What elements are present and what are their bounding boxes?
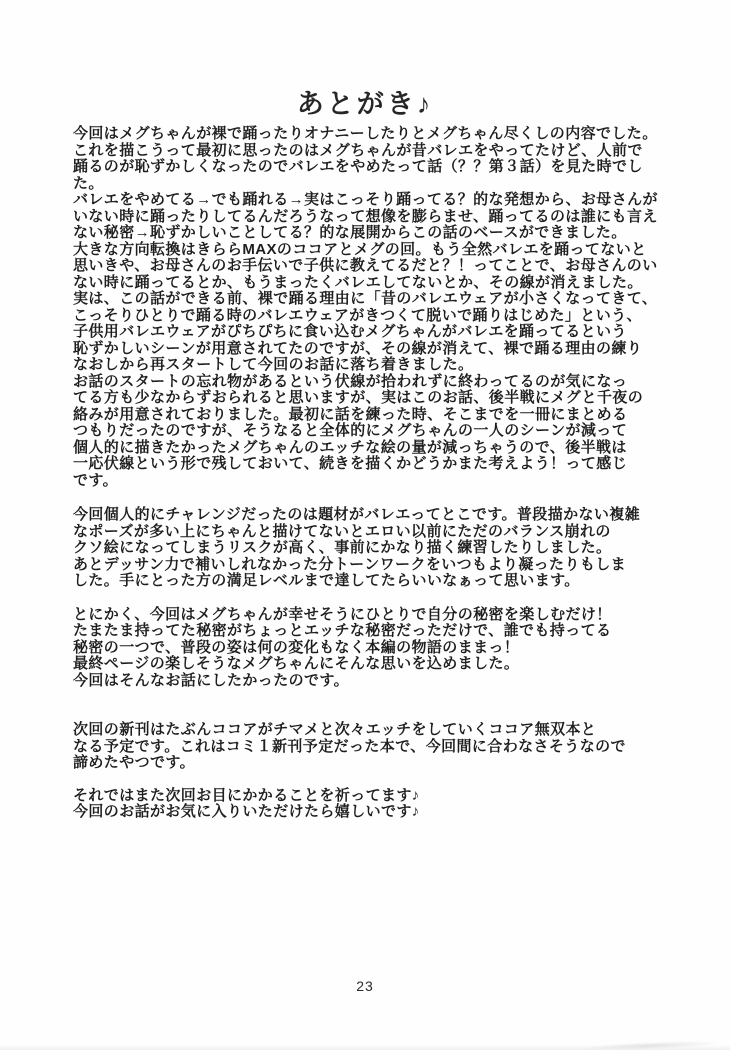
afterword-page: あとがき♪ 今回はメグちゃんが裸で踊ったりオナニーしたりとメグちゃん尽くしの内容…: [0, 0, 730, 1050]
afterword-body: 今回はメグちゃんが裸で踊ったりオナニーしたりとメグちゃん尽くしの内容でした。 こ…: [73, 126, 669, 821]
paragraph-closing: それではまた次回お目にかかることを祈ってます♪ 今回のお話がお気に入りいただけた…: [73, 788, 669, 821]
paragraph-secret-theme: とにかく、今回はメグちゃんが幸せそうにひとりで自分の秘密を楽しむだけ！ たまたま…: [73, 607, 669, 690]
page-number: 23: [0, 978, 730, 994]
afterword-title: あとがき♪: [0, 82, 730, 121]
paragraph-story-origin: 今回はメグちゃんが裸で踊ったりオナニーしたりとメグちゃん尽くしの内容でした。 こ…: [73, 126, 669, 489]
paragraph-ballet-challenge: 今回個人的にチャレンジだったのは題材がバレエってとこです。普段描かない複雑 なポ…: [73, 507, 669, 590]
paragraph-next-book: 次回の新刊はたぶんココアがチマメと次々エッチをしていくココア無双本と なる予定で…: [73, 722, 669, 772]
